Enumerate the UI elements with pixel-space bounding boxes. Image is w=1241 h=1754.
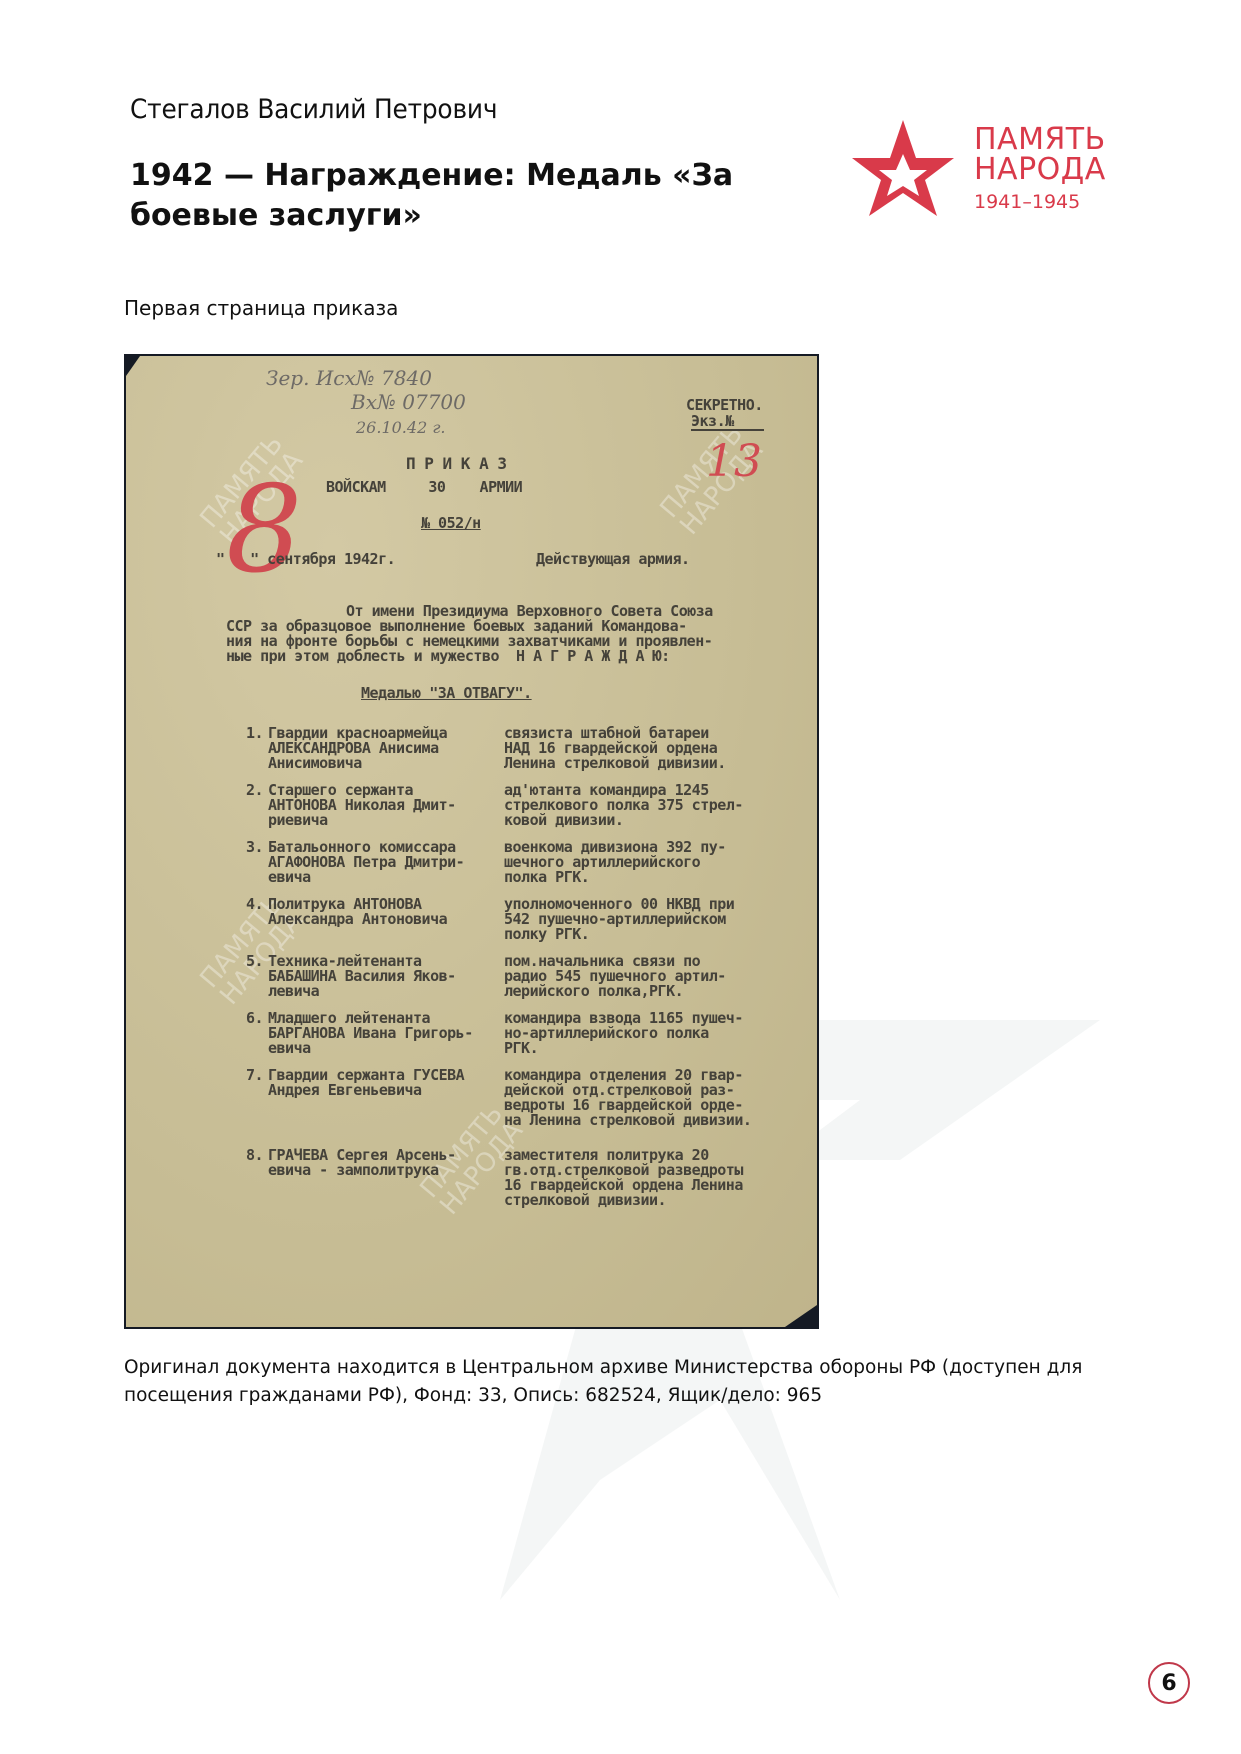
red-date-numeral: 8 xyxy=(226,466,302,596)
entry-number: 1. xyxy=(246,726,263,741)
handwritten-line: Вх№ 07700 xyxy=(351,390,466,414)
order-number: № 052/н xyxy=(421,516,481,531)
order-title: П Р И К А З xyxy=(406,456,506,471)
entry-unit: заместителя политрука 20 гв.отд.стрелков… xyxy=(504,1148,743,1208)
entry-name: Гвардии красноармейца АЛЕКСАНДРОВА Аниси… xyxy=(268,726,447,771)
medal-heading: Медалью "ЗА ОТВАГУ". xyxy=(361,686,532,701)
order-preamble: От имени Президиума Верховного Совета Со… xyxy=(236,604,722,664)
classification-stamp: СЕКРЕТНО. xyxy=(686,398,763,413)
order-place: Действующая армия. xyxy=(536,552,690,567)
star-icon xyxy=(850,118,956,218)
entry-name: Гвардии сержанта ГУСЕВА Андрея Евгеньеви… xyxy=(268,1068,464,1098)
entry-unit: ад'ютанта командира 1245 стрелкового пол… xyxy=(504,783,743,828)
scan-corner-shadow xyxy=(126,356,140,376)
award-title: 1942 — Награждение: Медаль «За боевые за… xyxy=(130,156,770,236)
entry-number: 3. xyxy=(246,840,263,855)
entry-name: Техника-лейтенанта БАБАШИНА Василия Яков… xyxy=(268,954,456,999)
entry-unit: командира взвода 1165 пушеч- но-артиллер… xyxy=(504,1011,743,1056)
entry-unit: уполномоченного 00 НКВД при 542 пушечно-… xyxy=(504,897,734,942)
entry-name: Батальонного комиссара АГАФОНОВА Петра Д… xyxy=(268,840,464,885)
handwritten-line: 26.10.42 г. xyxy=(356,416,446,440)
preamble-line: ные при этом доблесть и мужество Н А Г Р… xyxy=(226,649,712,664)
logo-text-line2: НАРОДА xyxy=(974,155,1106,185)
logo-text-line1: ПАМЯТЬ xyxy=(974,125,1106,155)
entry-unit: связиста штабной батареи НАД 16 гвардейс… xyxy=(504,726,726,771)
entry-unit: командира отделения 20 гвар- дейской отд… xyxy=(504,1068,751,1128)
document-scan-image: ПАМЯТЬ НАРОДА ПАМЯТЬ НАРОДА ПАМЯТЬ НАРОД… xyxy=(124,354,819,1329)
handwritten-line: Зер. Исх№ 7840 xyxy=(266,366,432,390)
red-handwritten-mark: 13 xyxy=(706,436,762,487)
person-name: Стегалов Василий Петрович xyxy=(130,94,497,125)
page-number: 6 xyxy=(1148,1662,1190,1704)
entry-unit: пом.начальника связи по радио 545 пушечн… xyxy=(504,954,726,999)
entry-number: 2. xyxy=(246,783,263,798)
pamyat-naroda-logo[interactable]: ПАМЯТЬ НАРОДА 1941–1945 xyxy=(850,115,1120,225)
entry-number: 4. xyxy=(246,897,263,912)
entry-name: Старшего сержанта АНТОНОВА Николая Дмит-… xyxy=(268,783,456,828)
entry-name: Политрука АНТОНОВА Александра Антоновича xyxy=(268,897,447,927)
entry-number: 5. xyxy=(246,954,263,969)
entry-name: ГРАЧЕВА Сергея Арсень- евича - замполитр… xyxy=(268,1148,456,1178)
archive-source-note: Оригинал документа находится в Центральн… xyxy=(124,1354,1124,1410)
entry-number: 6. xyxy=(246,1011,263,1026)
image-caption: Первая страница приказа xyxy=(124,296,398,320)
entry-number: 7. xyxy=(246,1068,263,1083)
entry-unit: военкома дивизиона 392 пу- шечного артил… xyxy=(504,840,726,885)
order-subtitle: ВОЙСКАМ 30 АРМИИ xyxy=(326,480,522,495)
order-date: " " сентября 1942г. xyxy=(216,552,395,567)
copy-number-label: Экз.№ xyxy=(691,414,764,431)
entry-name: Младшего лейтенанта БАРГАНОВА Ивана Григ… xyxy=(268,1011,473,1056)
entry-number: 8. xyxy=(246,1148,263,1163)
scan-corner-shadow xyxy=(785,1305,817,1327)
logo-years: 1941–1945 xyxy=(974,191,1080,213)
